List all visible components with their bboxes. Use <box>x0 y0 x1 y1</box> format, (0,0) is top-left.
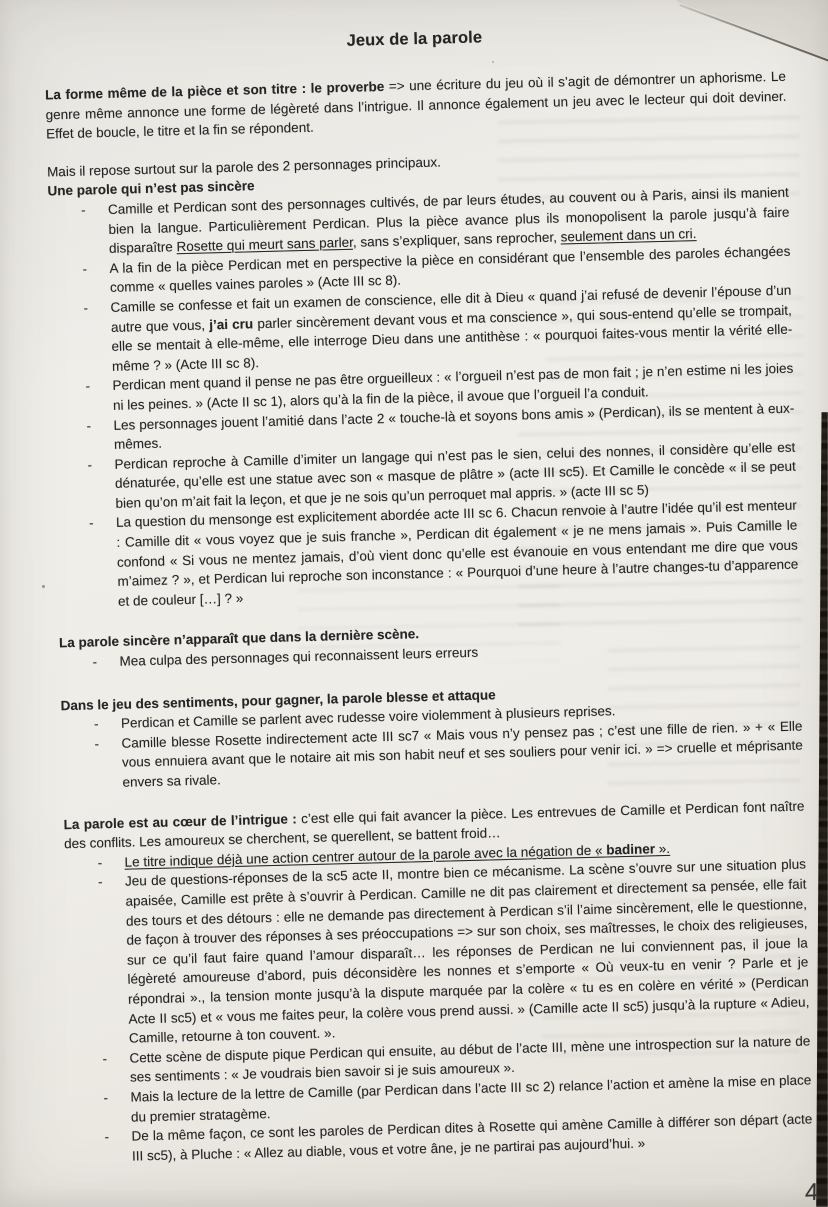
text-run: Jeu de questions-réponses de la sc5 acte… <box>125 857 810 1046</box>
bullet-list: Camille et Perdican sont des personnages… <box>48 183 799 613</box>
text-run: seulement dans un cri. <box>560 226 696 244</box>
text-run: , sans s’expliquer, sans reprocher, <box>353 230 561 250</box>
bullet-list: Le titre indique déjà une action centrer… <box>64 835 813 1167</box>
text-run: Une parole qui n’est pas sincère <box>47 179 254 199</box>
page-number: 4 <box>804 1181 818 1206</box>
text-run: Rosette qui meurt sans parler <box>176 235 353 254</box>
document-content: Jeux de la parole La forme même de la pi… <box>44 19 813 1168</box>
text-run: badiner <box>606 841 655 857</box>
scanned-page: Jeux de la parole La forme même de la pi… <box>0 0 828 1207</box>
text-run: j’ai cru <box>209 316 253 332</box>
text-run: ». <box>655 841 670 856</box>
text-run: La question du mensonge est explicitemen… <box>116 498 799 609</box>
text-run: La parole est au cœur de l’intrigue : <box>63 811 297 832</box>
bullet-item: Jeu de questions-réponses de la sc5 acte… <box>65 855 810 1050</box>
page-title: Jeux de la parole <box>44 19 785 60</box>
ink-speck <box>42 585 45 588</box>
document-blocks: La forme même de la pièce et son titre :… <box>45 67 813 1168</box>
text-run: => une écriture du jeu où il s’agit de d… <box>45 69 786 142</box>
paragraph: La forme même de la pièce et son titre :… <box>45 67 787 145</box>
bullet-item: La question du mensonge est explicitemen… <box>56 496 799 613</box>
scan-edge-band <box>816 412 828 1207</box>
